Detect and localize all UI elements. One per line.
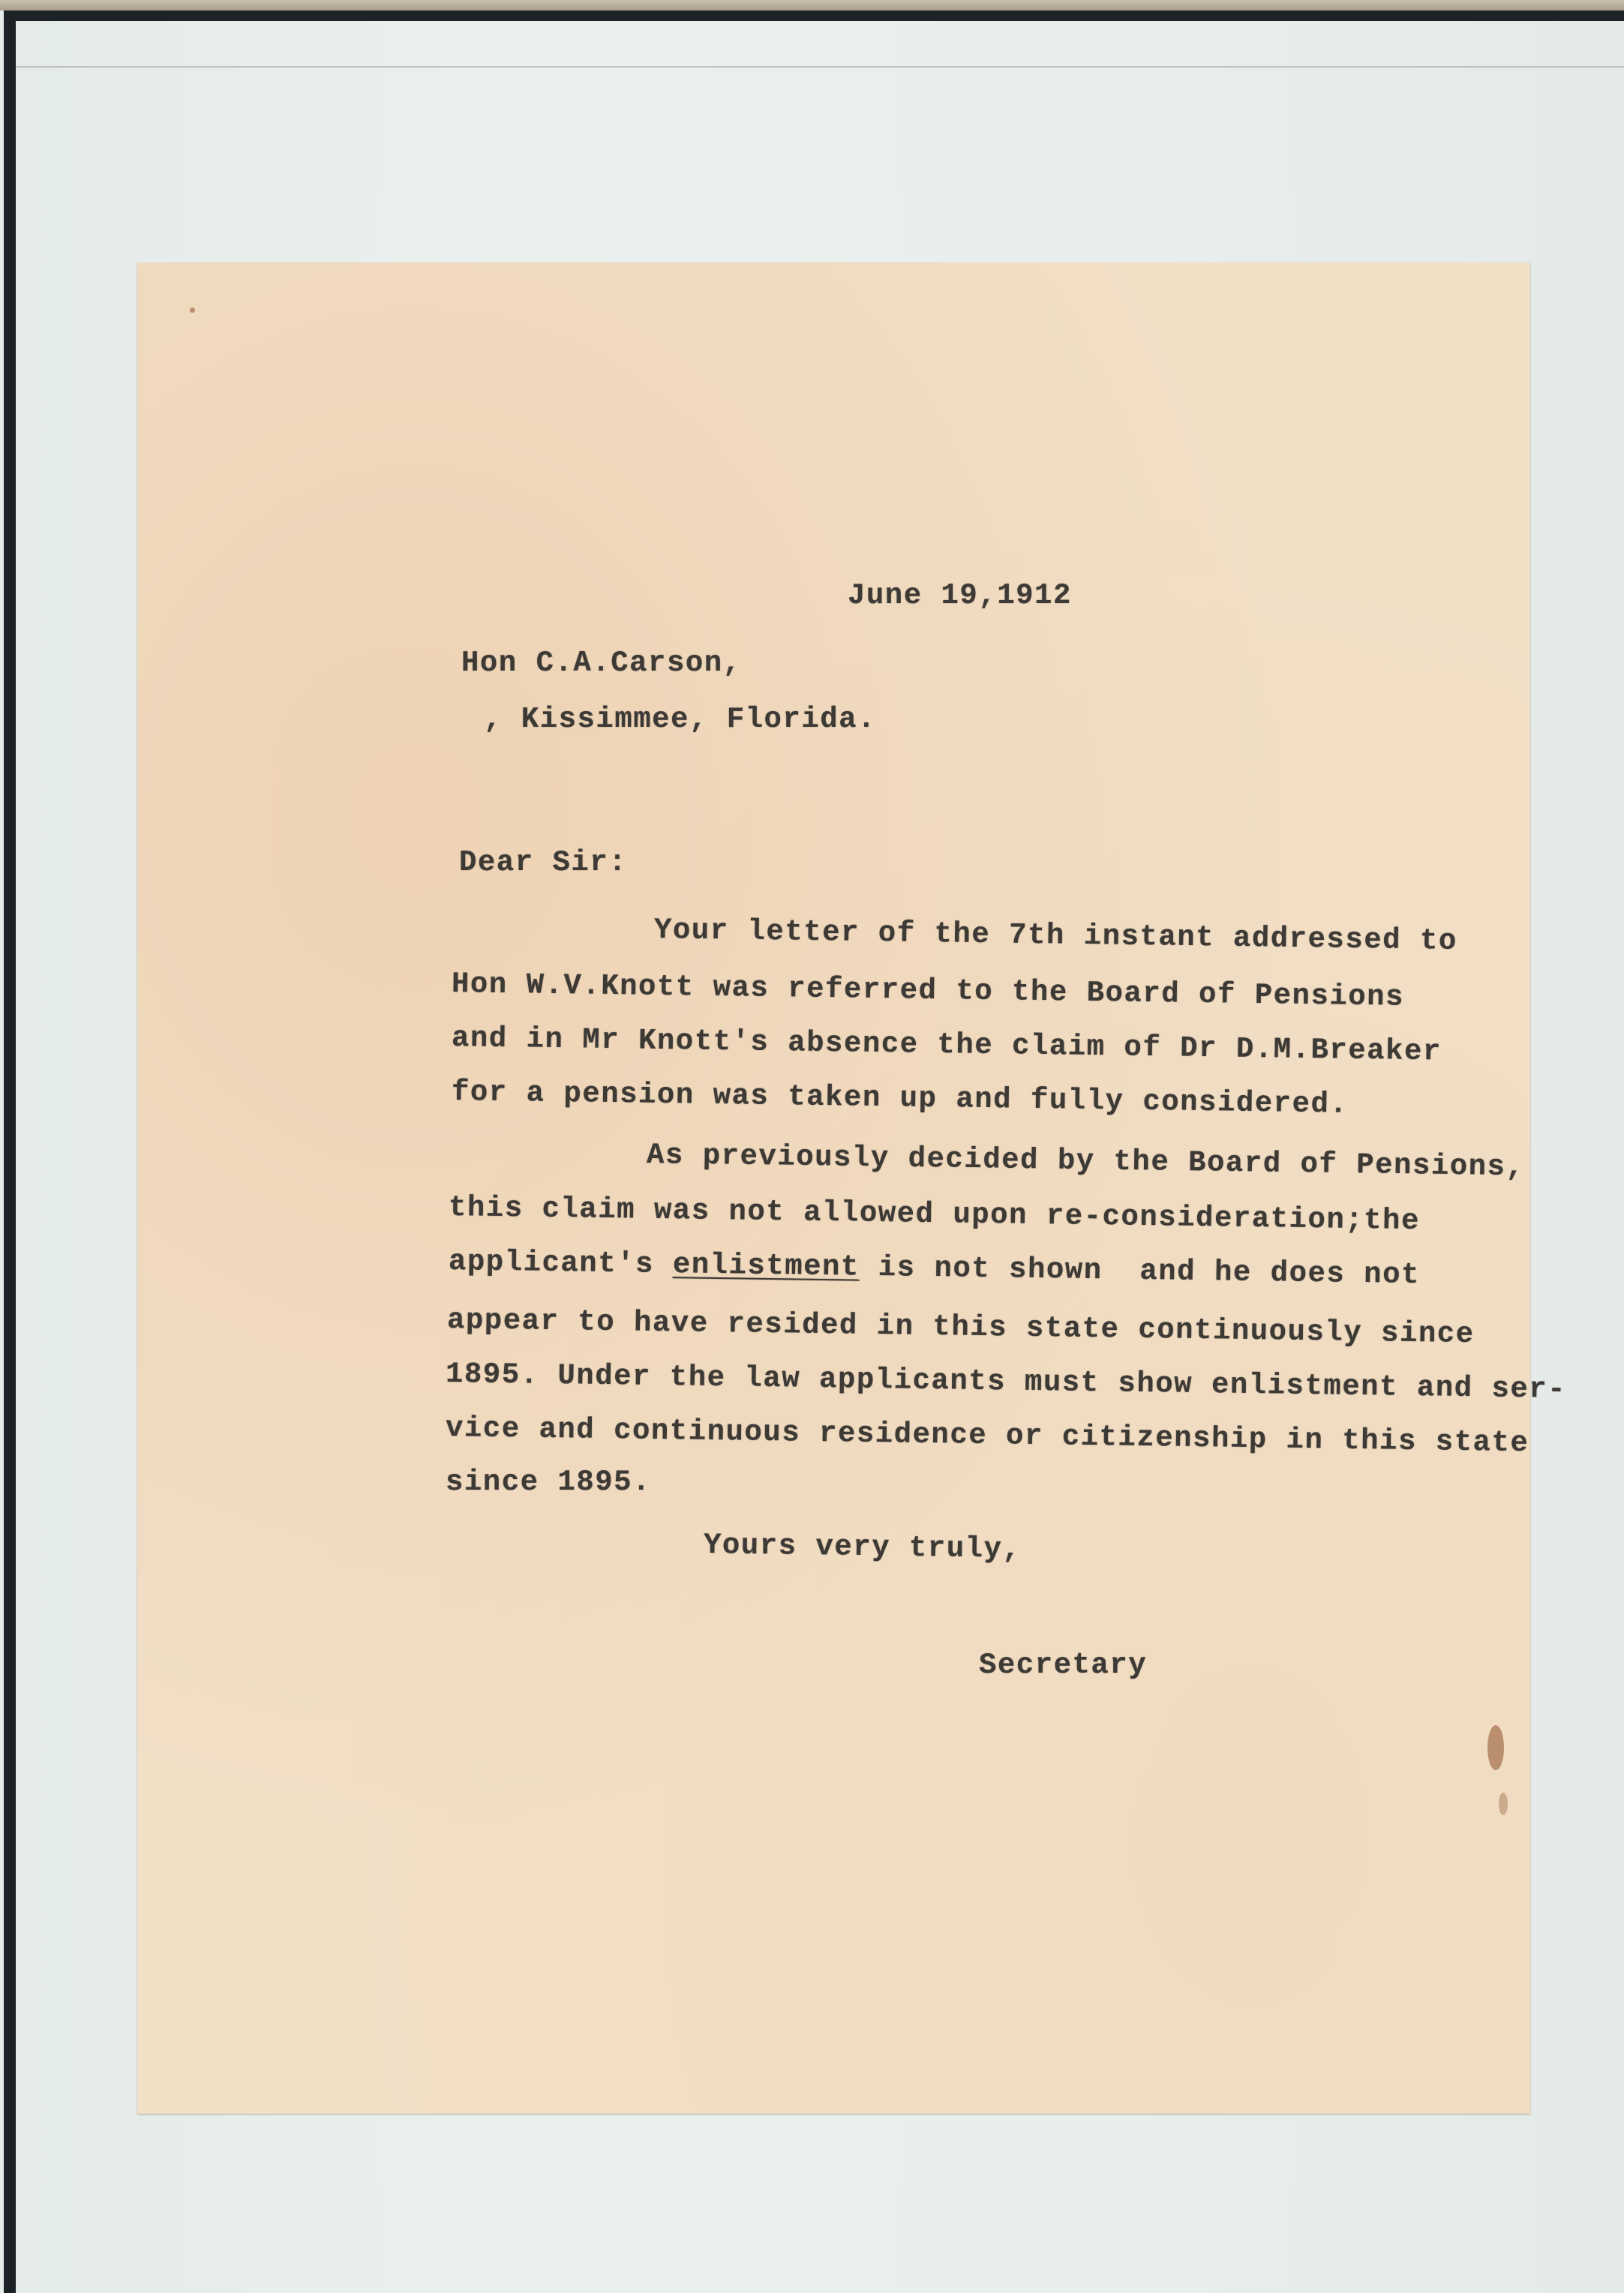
- paper-stain: [1487, 1725, 1504, 1770]
- paragraph-2-line-7: since 1895.: [446, 1466, 651, 1499]
- paper-spot: [190, 308, 195, 313]
- salutation: Dear Sir:: [459, 846, 627, 879]
- paragraph-2-line-3-start: applicant's: [449, 1245, 673, 1281]
- signature-title: Secretary: [979, 1649, 1147, 1682]
- recipient-name: Hon C.A.Carson,: [461, 647, 742, 680]
- letter-date: June 19,1912: [848, 579, 1072, 612]
- paper-stain: [1499, 1793, 1508, 1815]
- scan-left-border: [4, 11, 16, 2293]
- scan-top-border: [8, 11, 1624, 21]
- backing-fold-line: [16, 66, 1624, 68]
- underlined-word-enlistment: enlistment: [673, 1248, 860, 1283]
- letter-paper: [137, 263, 1530, 2114]
- closing: Yours very truly,: [704, 1529, 1022, 1566]
- recipient-address: , Kissimmee, Florida.: [484, 703, 876, 736]
- scan-top-edge: [0, 0, 1624, 11]
